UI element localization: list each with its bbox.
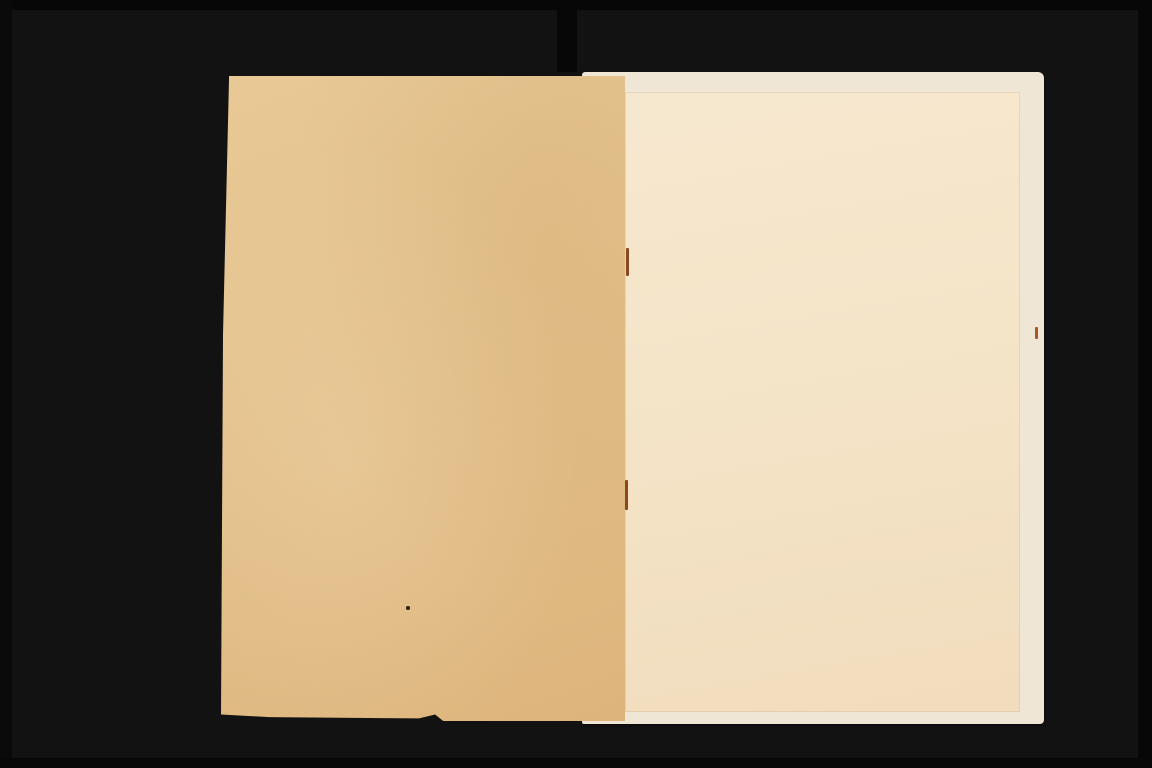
frame-left-edge <box>0 0 12 768</box>
blank-right-page <box>625 92 1020 712</box>
aged-front-cover <box>221 76 625 721</box>
frame-bottom-edge <box>0 758 1152 768</box>
upper-staple <box>626 248 629 276</box>
background-divider <box>557 0 577 72</box>
cover-spot <box>406 606 410 610</box>
lower-staple <box>625 480 628 510</box>
rust-mark <box>1035 327 1038 339</box>
frame-right-edge <box>1138 0 1152 768</box>
